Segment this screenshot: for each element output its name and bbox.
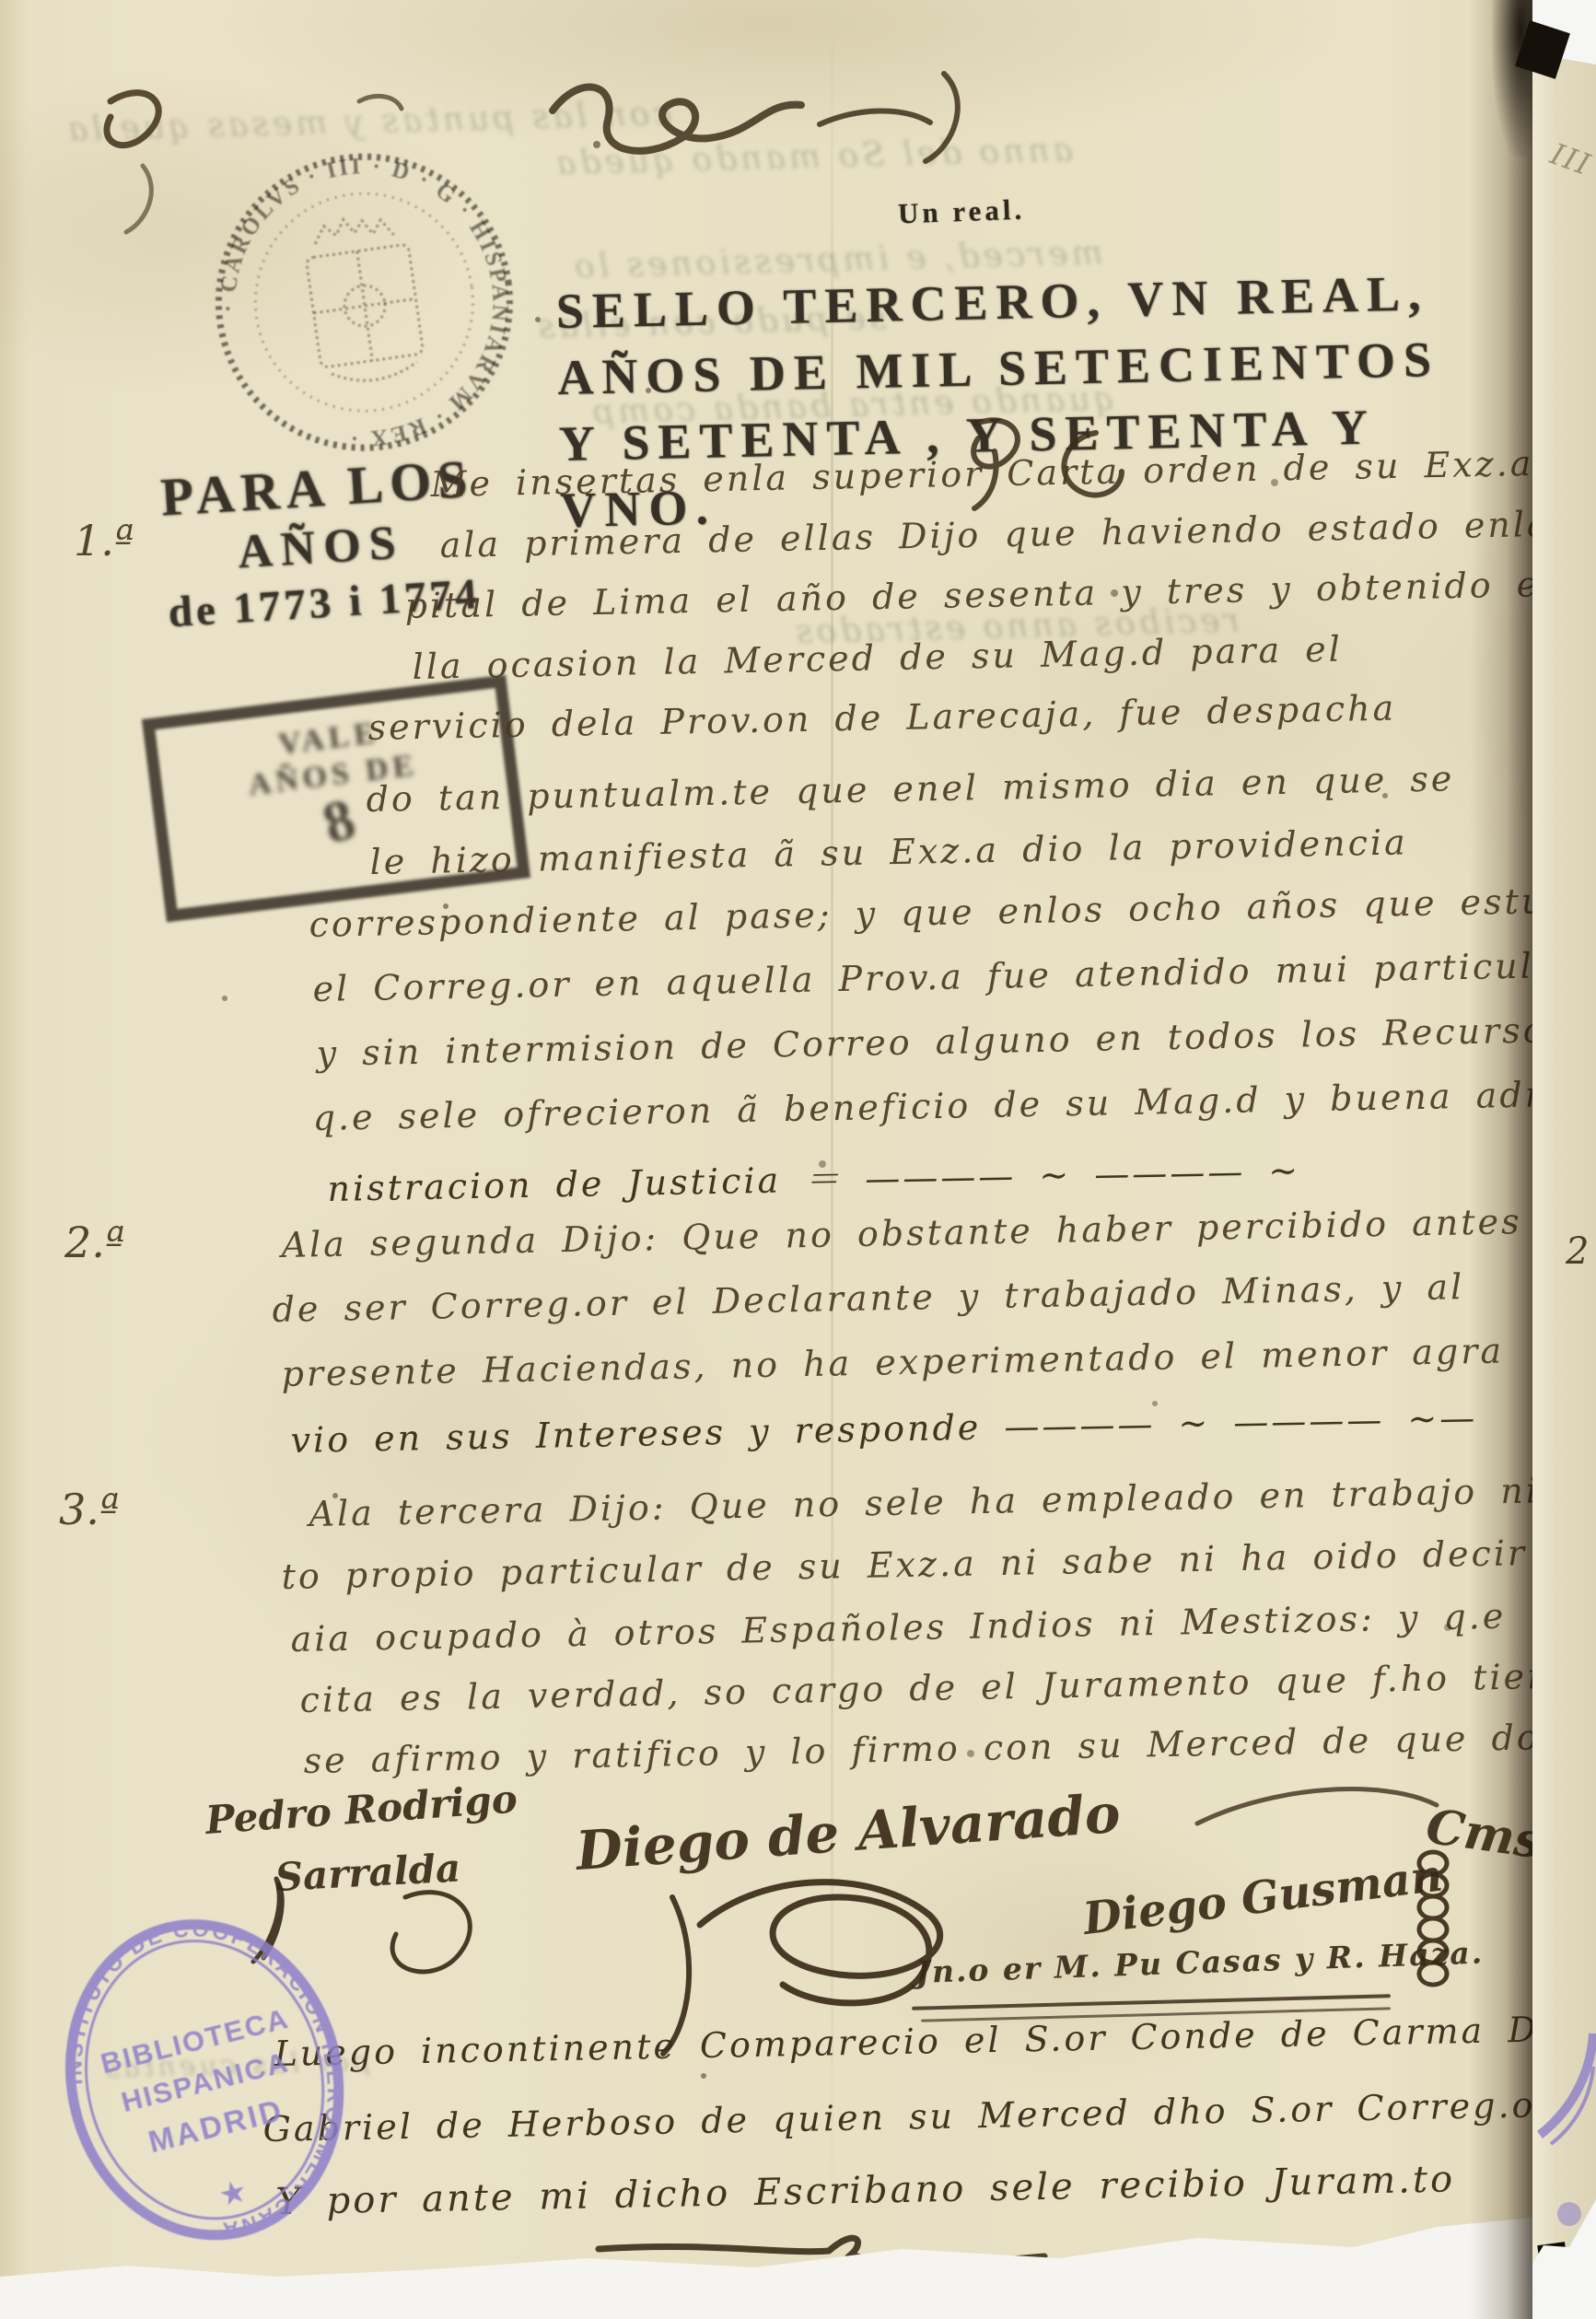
- adjacent-page-area: III: [1532, 0, 1596, 2319]
- manuscript-line: do tan puntualm.te que enel mismo dia en…: [366, 758, 1455, 820]
- margin-mark-third: 3.ª: [59, 1485, 120, 1534]
- manuscript-line: presente Haciendas, no ha experimentado …: [281, 1331, 1504, 1394]
- binding-gutter-shadow: [1470, 0, 1536, 2319]
- closing-flourish: [589, 2221, 1068, 2277]
- signature-pedro-rodrigo: Pedro Rodrigo: [204, 1776, 519, 1843]
- manuscript-line: to propio particular de su Exz.a ni sabe…: [281, 1530, 1596, 1597]
- tax-value-label: Un real.: [897, 193, 1025, 231]
- manuscript-line: Ala segunda Dijo: Que no obstante haber …: [281, 1201, 1522, 1265]
- margin-mark-first: 1.ª: [74, 516, 134, 565]
- library-stamp-star: ★: [217, 2176, 249, 2212]
- scanned-manuscript-page: con las puntas y mesas que la anno del S…: [0, 0, 1596, 2319]
- manuscript-line: cita es la verdad, so cargo de el Jurame…: [299, 1652, 1596, 1720]
- library-stamp-fragment: [1532, 2024, 1596, 2264]
- manuscript-line: aia ocupado à otros Españoles Indios ni …: [290, 1596, 1507, 1660]
- manuscript-line: correspondiente al pase; y que enlos och…: [309, 880, 1572, 945]
- closing-line: Y por ante mi dicho Escribano sele recib…: [275, 2158, 1455, 2223]
- manuscript-line: lla ocasion la Merced de su Mag.d para e…: [412, 629, 1343, 687]
- manuscript-line: vio en sus Intereses y responde ———— ~ —…: [290, 1397, 1477, 1461]
- margin-mark-edge-number: 2: [1566, 1230, 1589, 1273]
- manuscript-line: el Correg.or en aquella Prov.a fue atend…: [312, 943, 1596, 1009]
- closing-line: Gabriel de Herboso de quien su Merced dh…: [262, 2084, 1555, 2150]
- manuscript-line: de ser Correg.or el Declarante y trabaja…: [272, 1266, 1464, 1330]
- manuscript-line: se afirmo y ratifico y lo firmo con su M…: [303, 1715, 1596, 1781]
- habilitacion-stamp-figure: 8: [315, 785, 363, 858]
- parchment-page: con las puntas y mesas que la anno del S…: [0, 0, 1532, 2319]
- manuscript-line: nistracion de Justicia ＝ ———— ~ ———— ~: [327, 1142, 1301, 1211]
- margin-mark-second: 2.ª: [64, 1218, 125, 1267]
- manuscript-line: q.e sele ofrecieron ã beneficio de su Ma…: [312, 1074, 1575, 1138]
- folio-mark: III: [1546, 136, 1596, 183]
- adjacent-page-edge: III: [1532, 53, 1596, 2302]
- manuscript-line: servicio dela Prov.on de Larecaja, fue d…: [367, 688, 1396, 748]
- manuscript-line: y sin intermision de Correo alguno en to…: [316, 1009, 1567, 1074]
- manuscript-line: le hizo manifiesta ã su Exz.a dio la pro…: [369, 822, 1408, 882]
- royal-seal-stamp: · CAROLVS · III · D · G · HISPANIARVM · …: [184, 128, 547, 483]
- manuscript-line: Ala tercera Dijo: Que no sele ha emplead…: [309, 1467, 1596, 1534]
- page-edge-notch: [1537, 2242, 1570, 2284]
